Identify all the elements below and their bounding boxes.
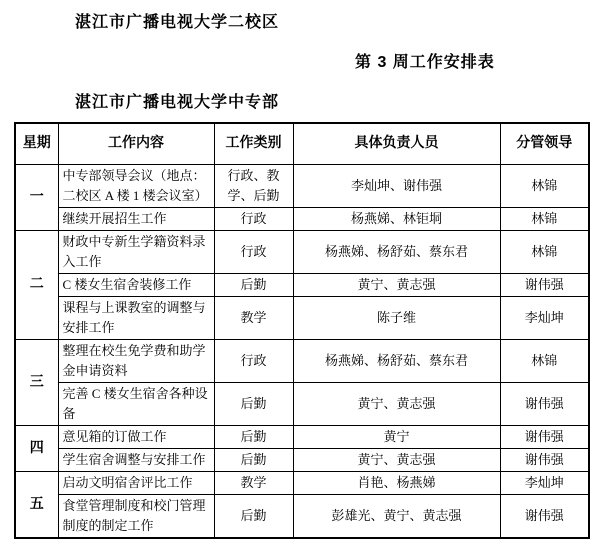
work-content-cell: 意见箱的订做工作 bbox=[58, 426, 214, 449]
work-type-cell: 行政、教学、后勤 bbox=[214, 165, 293, 208]
work-content-cell: 整理在校生免学费和助学金申请资料 bbox=[58, 340, 214, 383]
table-row: C 楼女生宿舍装修工作 后勤 黄宁、黄志强 谢伟强 bbox=[15, 274, 589, 297]
work-content-cell: 食堂管理制度和校门管理制度的制定工作 bbox=[58, 495, 214, 539]
work-type-cell: 行政 bbox=[214, 340, 293, 383]
header-row: 星期 工作内容 工作类别 具体负责人员 分管领导 bbox=[15, 123, 589, 165]
work-type-cell: 教学 bbox=[214, 297, 293, 340]
work-content-cell: 完善 C 楼女生宿舍各种设备 bbox=[58, 383, 214, 426]
table-row: 食堂管理制度和校门管理制度的制定工作 后勤 彭雄光、黄宁、黄志强 谢伟强 bbox=[15, 495, 589, 539]
work-content-cell: 课程与上课教室的调整与安排工作 bbox=[58, 297, 214, 340]
work-type-cell: 后勤 bbox=[214, 274, 293, 297]
work-content-cell: 启动文明宿舍评比工作 bbox=[58, 472, 214, 495]
department-title: 湛江市广播电视大学中专部 bbox=[75, 89, 279, 112]
work-type-cell: 后勤 bbox=[214, 449, 293, 472]
work-type-cell: 行政 bbox=[214, 231, 293, 274]
persons-cell: 黄宁 bbox=[293, 426, 500, 449]
week-schedule-title: 第 3 周工作安排表 bbox=[355, 49, 495, 72]
persons-cell: 黄宁、黄志强 bbox=[293, 274, 500, 297]
day-cell-tuesday: 二 bbox=[15, 231, 58, 340]
leader-cell: 谢伟强 bbox=[500, 495, 589, 539]
leader-cell: 李灿坤 bbox=[500, 297, 589, 340]
header-leader: 分管领导 bbox=[500, 123, 589, 165]
day-cell-wednesday: 三 bbox=[15, 340, 58, 426]
persons-cell: 肖艳、杨燕娣 bbox=[293, 472, 500, 495]
persons-cell: 杨燕娣、杨舒茹、蔡东君 bbox=[293, 340, 500, 383]
campus-title: 湛江市广播电视大学二校区 bbox=[75, 9, 279, 32]
work-type-cell: 后勤 bbox=[214, 495, 293, 539]
work-schedule-table: 星期 工作内容 工作类别 具体负责人员 分管领导 一 中专部领导会议（地点：二校… bbox=[14, 122, 590, 539]
table-row: 三 整理在校生免学费和助学金申请资料 行政 杨燕娣、杨舒茹、蔡东君 林锦 bbox=[15, 340, 589, 383]
persons-cell: 陈子维 bbox=[293, 297, 500, 340]
leader-cell: 谢伟强 bbox=[500, 426, 589, 449]
header-day: 星期 bbox=[15, 123, 58, 165]
table-row: 五 启动文明宿舍评比工作 教学 肖艳、杨燕娣 李灿坤 bbox=[15, 472, 589, 495]
table-row: 课程与上课教室的调整与安排工作 教学 陈子维 李灿坤 bbox=[15, 297, 589, 340]
document-page: 湛江市广播电视大学二校区 第 3 周工作安排表 湛江市广播电视大学中专部 星期 … bbox=[0, 0, 603, 548]
day-cell-monday: 一 bbox=[15, 165, 58, 231]
table-row: 四 意见箱的订做工作 后勤 黄宁 谢伟强 bbox=[15, 426, 589, 449]
leader-cell: 林锦 bbox=[500, 208, 589, 231]
work-type-cell: 行政 bbox=[214, 208, 293, 231]
leader-cell: 林锦 bbox=[500, 165, 589, 208]
leader-cell: 李灿坤 bbox=[500, 472, 589, 495]
header-work-content: 工作内容 bbox=[58, 123, 214, 165]
work-content-cell: 中专部领导会议（地点：二校区 A 楼 1 楼会议室） bbox=[58, 165, 214, 208]
persons-cell: 彭雄光、黄宁、黄志强 bbox=[293, 495, 500, 539]
work-content-cell: 学生宿舍调整与安排工作 bbox=[58, 449, 214, 472]
table-row: 二 财政中专新生学籍资料录入工作 行政 杨燕娣、杨舒茹、蔡东君 林锦 bbox=[15, 231, 589, 274]
table-row: 学生宿舍调整与安排工作 后勤 黄宁、黄志强 谢伟强 bbox=[15, 449, 589, 472]
persons-cell: 黄宁、黄志强 bbox=[293, 449, 500, 472]
leader-cell: 谢伟强 bbox=[500, 274, 589, 297]
work-content-cell: C 楼女生宿舍装修工作 bbox=[58, 274, 214, 297]
persons-cell: 杨燕娣、杨舒茹、蔡东君 bbox=[293, 231, 500, 274]
day-cell-friday: 五 bbox=[15, 472, 58, 539]
work-content-cell: 继续开展招生工作 bbox=[58, 208, 214, 231]
table-row: 完善 C 楼女生宿舍各种设备 后勤 黄宁、黄志强 谢伟强 bbox=[15, 383, 589, 426]
header-persons: 具体负责人员 bbox=[293, 123, 500, 165]
table-row: 一 中专部领导会议（地点：二校区 A 楼 1 楼会议室） 行政、教学、后勤 李灿… bbox=[15, 165, 589, 208]
leader-cell: 谢伟强 bbox=[500, 383, 589, 426]
persons-cell: 黄宁、黄志强 bbox=[293, 383, 500, 426]
work-content-cell: 财政中专新生学籍资料录入工作 bbox=[58, 231, 214, 274]
table-row: 继续开展招生工作 行政 杨燕娣、林钜垌 林锦 bbox=[15, 208, 589, 231]
leader-cell: 林锦 bbox=[500, 231, 589, 274]
leader-cell: 谢伟强 bbox=[500, 449, 589, 472]
day-cell-thursday: 四 bbox=[15, 426, 58, 472]
header-work-type: 工作类别 bbox=[214, 123, 293, 165]
persons-cell: 李灿坤、谢伟强 bbox=[293, 165, 500, 208]
work-type-cell: 教学 bbox=[214, 472, 293, 495]
work-type-cell: 后勤 bbox=[214, 426, 293, 449]
work-type-cell: 后勤 bbox=[214, 383, 293, 426]
leader-cell: 林锦 bbox=[500, 340, 589, 383]
persons-cell: 杨燕娣、林钜垌 bbox=[293, 208, 500, 231]
